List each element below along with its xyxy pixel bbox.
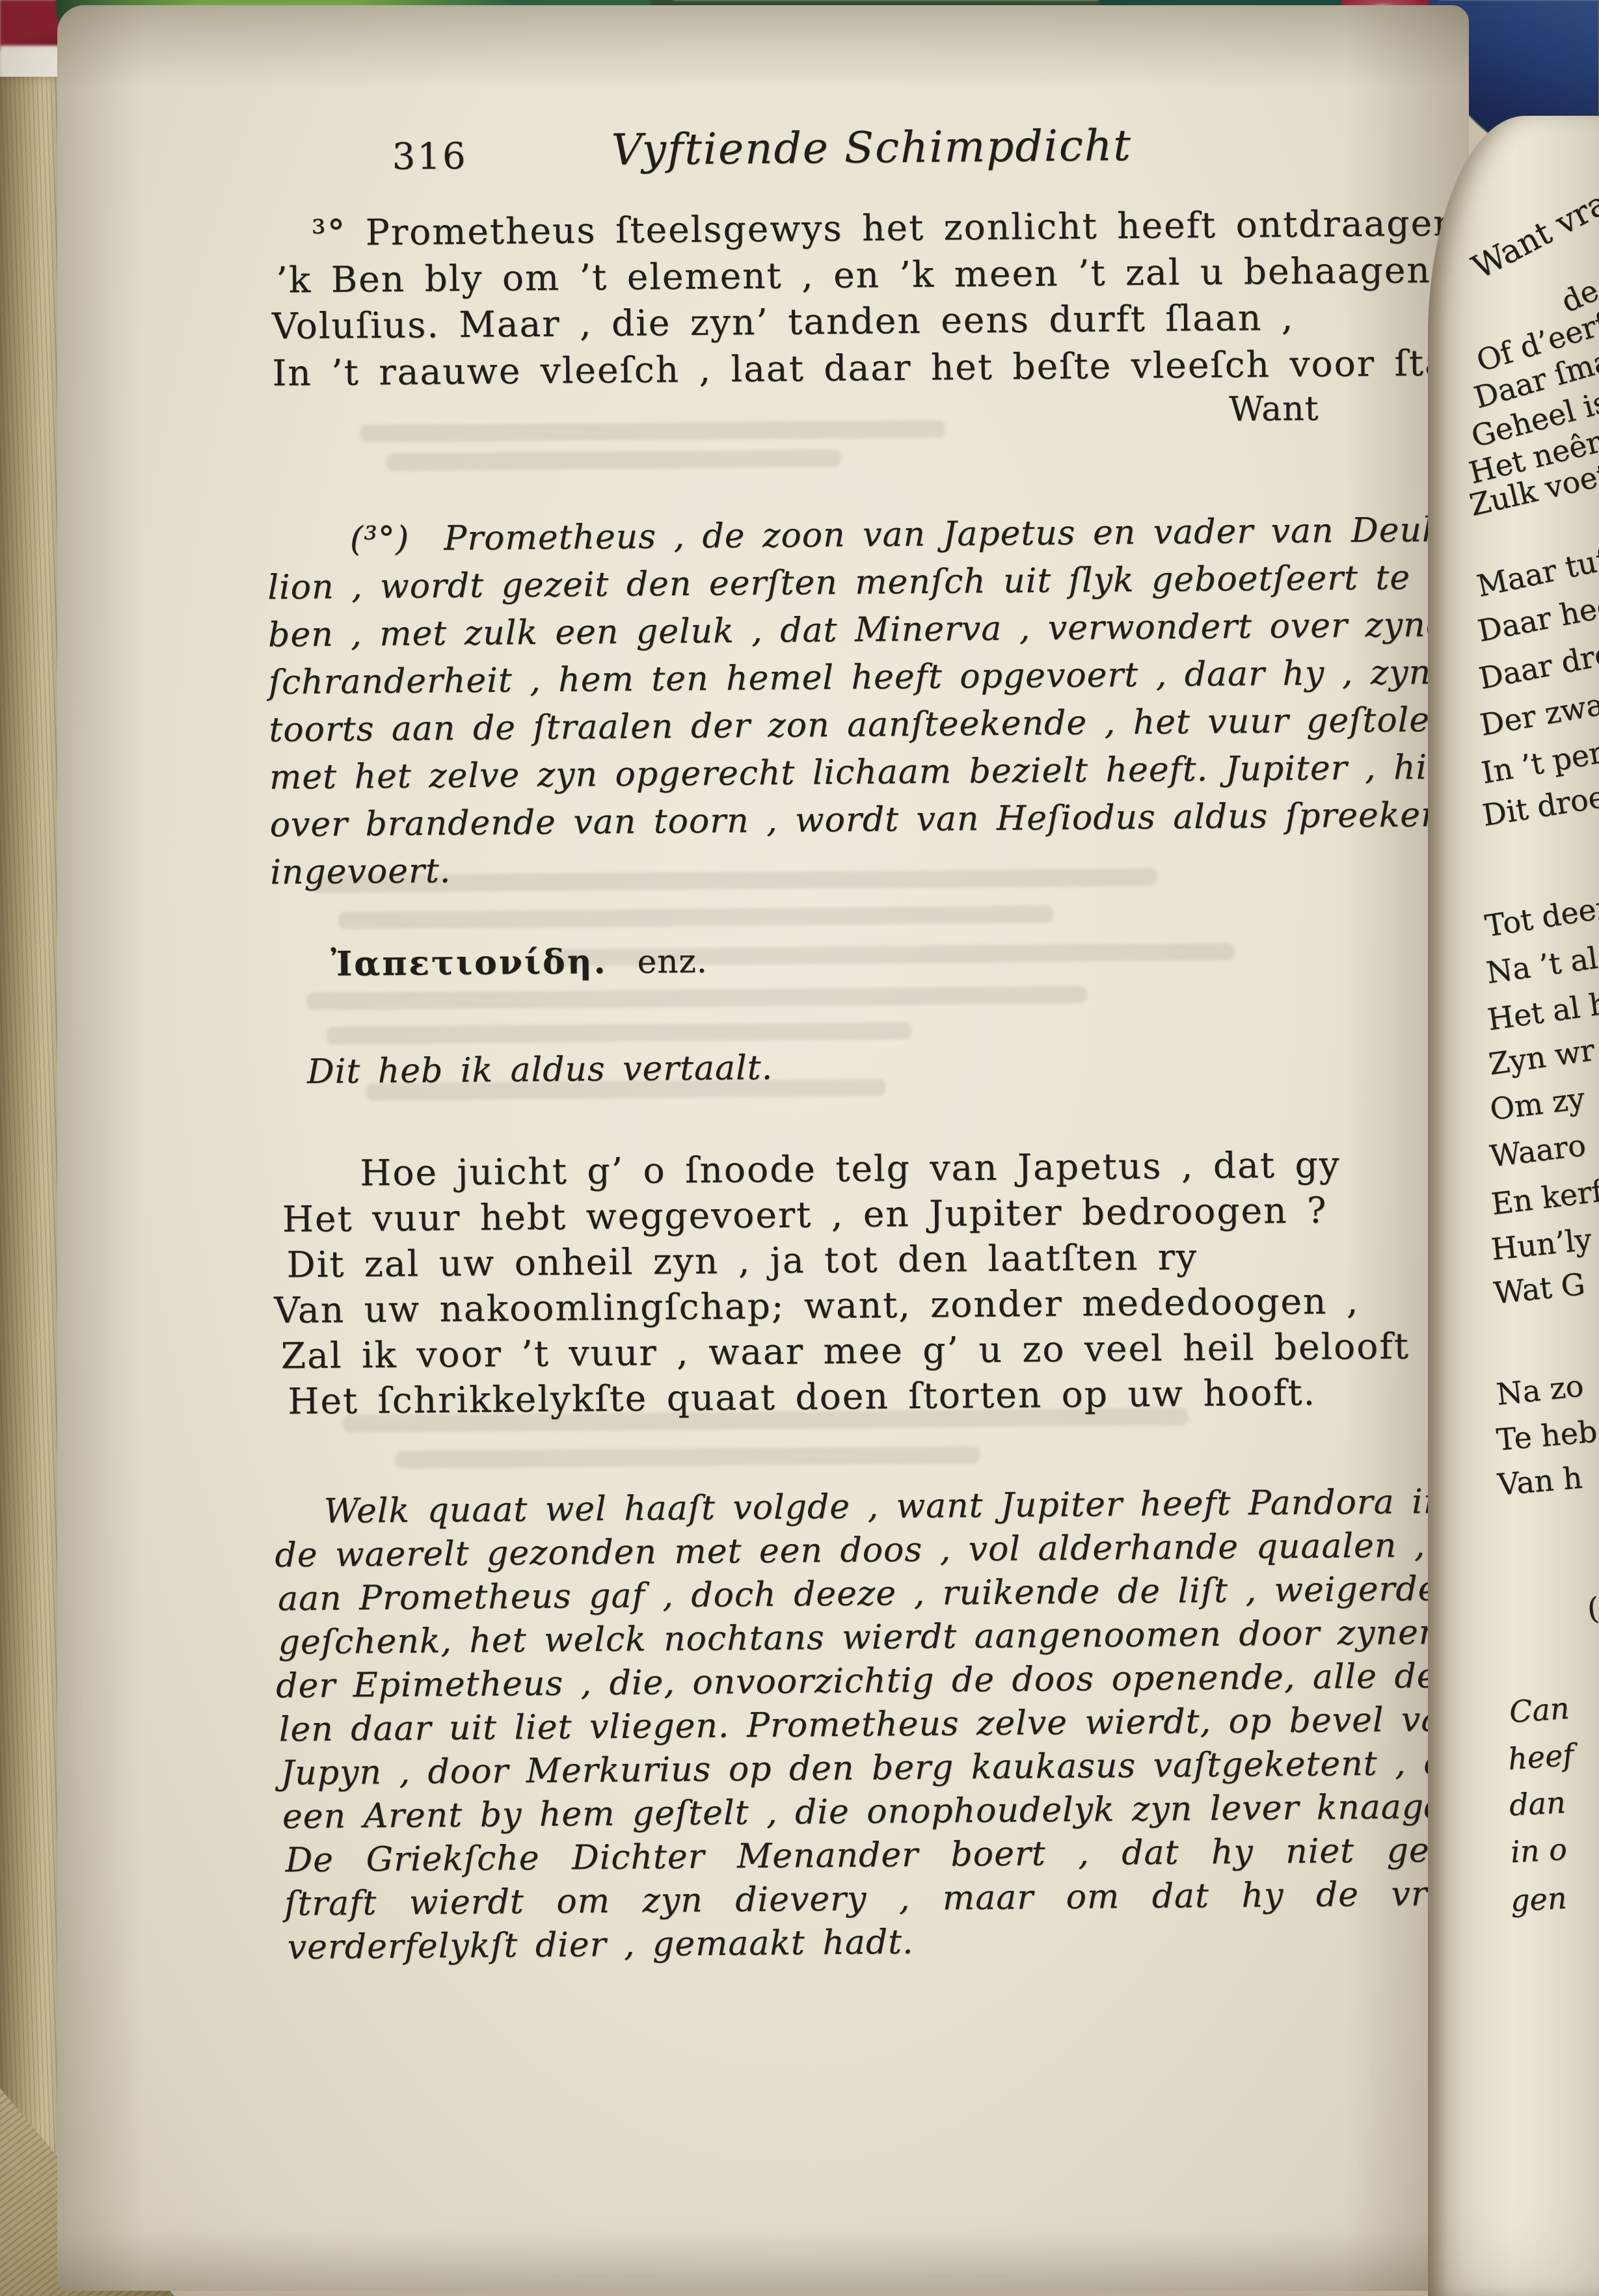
commentary-line: verderfelykſt dier , gemaakt hadt.: [288, 1923, 914, 1967]
footnote-line: over brandende van toorn , wordt van Heſ…: [269, 795, 1486, 844]
facing-page-text-fragment: Waaro: [1488, 1127, 1587, 1174]
commentary-line: Jupyn , door Merkurius op den berg kauka…: [280, 1744, 1467, 1793]
running-title: Vyftiende Schimpdicht: [611, 120, 1132, 175]
left-page: 316 Vyftiende Schimpdicht ³° Prometheus …: [57, 5, 1469, 2291]
commentary-line: len daar uit liet vliegen. Prometheus ze…: [279, 1700, 1465, 1750]
verse-line: Zal ik voor ’t vuur , waar mee g’ u zo v…: [281, 1325, 1442, 1377]
verse-line: Dit zal uw onheil zyn , ja tot den laatſ…: [286, 1236, 1198, 1285]
commentary-line: Welk quaat wel haaſt volgde , want Jupit…: [324, 1482, 1446, 1531]
facing-page-text-fragment: Wat G: [1492, 1266, 1587, 1311]
quote-line: ’k Ben bly om ’t element , en ’k meen ’t…: [276, 249, 1463, 301]
facing-page-text-fragment: Na zo: [1495, 1368, 1585, 1412]
facing-page-text-fragment: Van h: [1496, 1460, 1584, 1502]
facing-page-text-fragment: Te heb: [1495, 1413, 1598, 1457]
commentary-line: geſchenk, het welck nochtans wierdt aang…: [278, 1612, 1551, 1662]
commentary-line: een Arent by hem geſtelt , die onophoude…: [282, 1787, 1479, 1836]
commentary-line: de waerelt gezonden met een doos , vol a…: [275, 1525, 1553, 1575]
footnote-line: ſchranderheit , hem ten hemel heeft opge…: [269, 653, 1432, 702]
left-page-text: 316 Vyftiende Schimpdicht ³° Prometheus …: [49, 0, 1481, 2296]
catchword: Want: [1229, 390, 1319, 429]
facing-page-text-fragment: En kerf: [1489, 1173, 1599, 1222]
facing-page-text-fragment: gen: [1510, 1880, 1568, 1918]
facing-page-text-fragment: dan: [1509, 1785, 1566, 1822]
facing-page-text-fragment: Om zy: [1488, 1080, 1587, 1127]
show-through-text: [360, 420, 945, 443]
show-through-text: [338, 905, 1054, 929]
footnote-line: met het zelve zyn opgerecht lichaam bezi…: [269, 748, 1465, 797]
book-photo: 316 Vyftiende Schimpdicht ³° Prometheus …: [0, 0, 1599, 2296]
facing-page-text-fragment: Na ’t al o: [1484, 936, 1599, 990]
facing-page-text-fragment: heef: [1507, 1737, 1575, 1777]
verse-line: Van uw nakoomlingſchap; want, zonder med…: [274, 1280, 1360, 1331]
right-page-sliver: Want vraag de Of d’eerſte , Daar ſmaak G…: [1428, 116, 1599, 2296]
facing-page-text-fragment: Hun’ly: [1490, 1221, 1594, 1267]
show-through-text: [386, 449, 842, 471]
quote-line: Voluſius. Maar , die zyn’ tanden eens du…: [272, 297, 1295, 347]
verse-line: Het vuur hebt weggevoert , en Jupiter be…: [282, 1189, 1328, 1240]
facing-page-text-fragment: Het al ha: [1485, 983, 1599, 1037]
facing-page-text-fragment: Tot deer: [1483, 889, 1599, 944]
facing-page-text-fragment: in o: [1510, 1832, 1568, 1869]
show-through-text: [306, 986, 1087, 1010]
page-number: 316: [392, 135, 467, 178]
facing-page-text-fragment: Can: [1508, 1690, 1570, 1729]
commentary-line: aan Prometheus gaf , doch deeze , ruiken…: [278, 1569, 1514, 1619]
quote-line: In ’t raauwe vleeſch , laat daar het beſ…: [272, 341, 1507, 394]
footnote-line: (³°) Prometheus , de zoon van Japetus en…: [350, 510, 1477, 559]
show-through-text: [395, 1446, 980, 1469]
footnote-line: ben , met zulk een geluk , dat Minerva ,…: [268, 606, 1447, 655]
facing-page-text-fragment: Want vraag: [1466, 165, 1599, 287]
commentary-line: ſtraft wierdt om zyn dievery , maar om d…: [284, 1873, 1566, 1923]
commentary-line: der Epimetheus , die, onvoorzichtig de d…: [276, 1655, 1553, 1705]
show-through-text: [326, 1022, 911, 1045]
verse-line: Hoe juicht g’ o ſnoode telg van Japetus …: [360, 1143, 1341, 1194]
facing-page-text-fragment: Zyn wr: [1486, 1032, 1596, 1082]
greek-citation-line: Ἰαπετιονίδη.enz.: [330, 941, 708, 984]
commentary-line: De Griekſche Dichter Menander boert , da…: [285, 1831, 1442, 1880]
footnote-line: ingevoert.: [270, 851, 451, 892]
facing-page-text-fragment: (: [1586, 1590, 1599, 1626]
footnote-line: lion , wordt gezeit den eerſten menſch u…: [267, 557, 1505, 607]
greek-suffix: enz.: [637, 942, 708, 981]
footnote-line: toorts aan de ſtraalen der zon aanſteeke…: [269, 700, 1512, 750]
translation-intro: Dit heb ik aldus vertaalt.: [307, 1048, 773, 1091]
quote-line: ³° Prometheus ſteelsgewys het zonlicht h…: [311, 202, 1457, 254]
greek-word: Ἰαπετιονίδη.: [330, 942, 608, 984]
